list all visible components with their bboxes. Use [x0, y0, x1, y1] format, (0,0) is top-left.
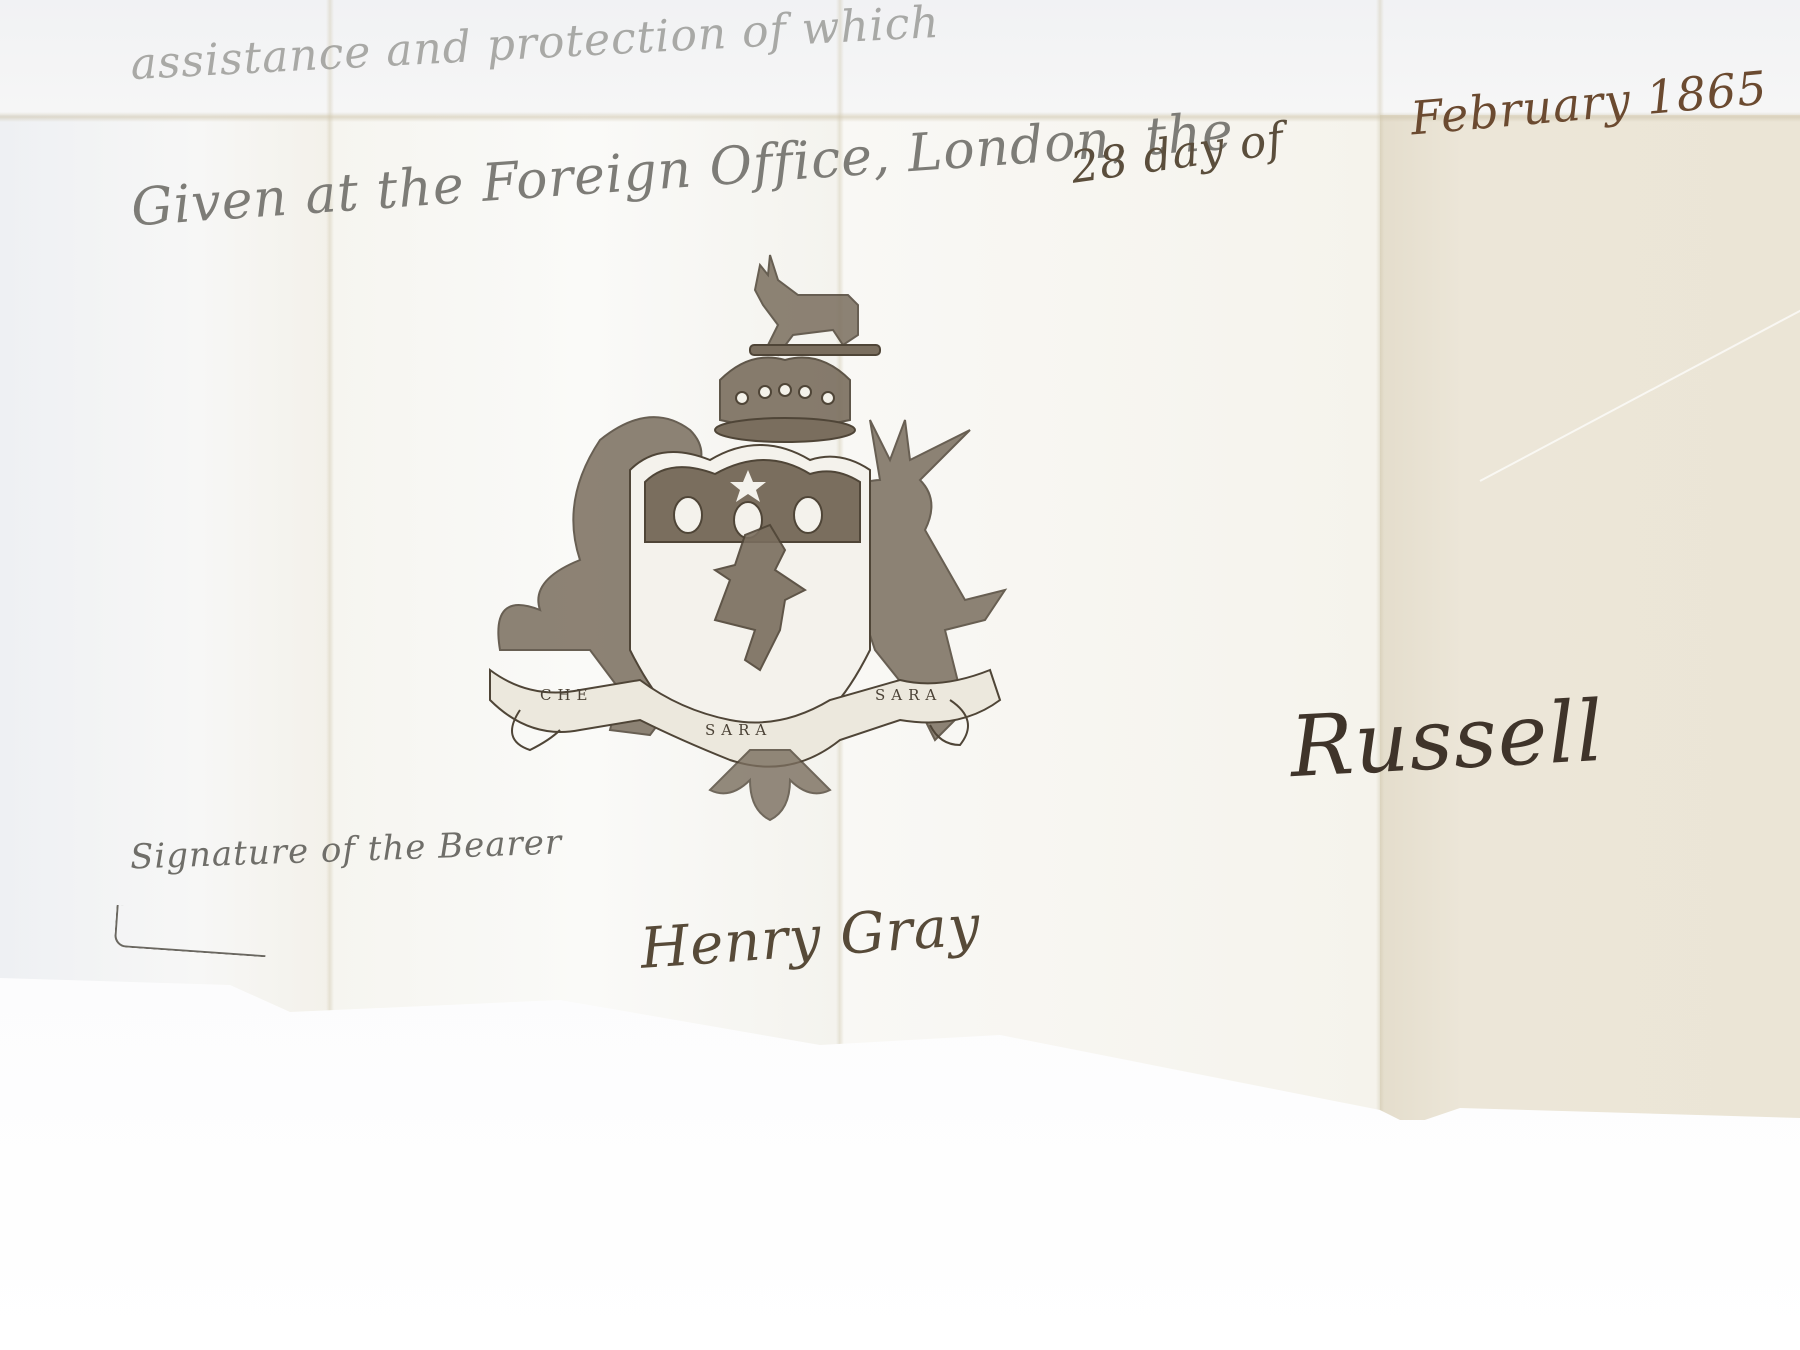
coat-of-arms: CHE SARA SARA	[480, 230, 1040, 890]
vertical-fold-crease	[1376, 0, 1384, 1120]
motto-word-2: SARA	[705, 721, 772, 739]
motto-word-1: CHE	[540, 686, 594, 704]
coat-of-arms-icon: CHE SARA SARA	[480, 230, 1040, 890]
official-signature: Russell	[1288, 682, 1607, 796]
document-sheet: assistance and protection of which Given…	[0, 0, 1800, 1120]
motto-word-3: SARA	[875, 686, 942, 704]
fold-panel-4	[1380, 0, 1800, 1120]
